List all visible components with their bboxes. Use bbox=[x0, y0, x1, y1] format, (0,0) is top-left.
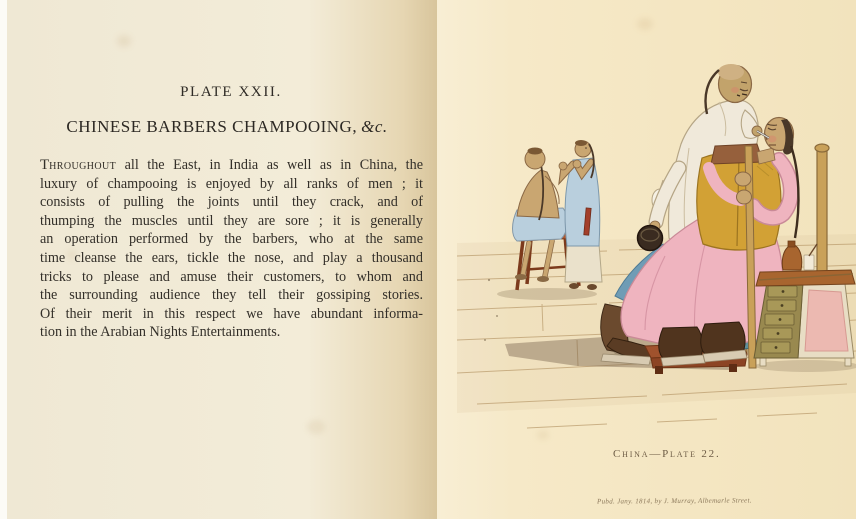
plate-title-etc: &c. bbox=[357, 117, 388, 136]
lead-smallcaps: hroughout bbox=[49, 157, 116, 173]
plate-illustration bbox=[457, 48, 856, 443]
lead-capital: T bbox=[40, 157, 49, 173]
paragraph-line: luxury of champooing is enjoyed by all r… bbox=[40, 175, 423, 194]
plate-title-text: CHINESE BARBERS CHAMPOOING, bbox=[66, 117, 357, 136]
plate-paragraph: Throughout all the East, in India as wel… bbox=[40, 156, 423, 342]
paragraph-line: the surrounding audience they tell their… bbox=[40, 286, 423, 305]
publisher-imprint: Pubd. Jany. 1814, by J. Murray, Albemarl… bbox=[597, 496, 752, 505]
foxing-spot bbox=[307, 420, 325, 434]
paragraph-line-text: all the East, in India as well as in Chi… bbox=[116, 157, 423, 173]
paragraph-line: thumping the muscles until they are sore… bbox=[40, 212, 423, 231]
plate-heading: PLATE XXII. bbox=[40, 84, 422, 101]
paragraph-line: tion in the Arabian Nights Entertainment… bbox=[40, 323, 423, 342]
paragraph-line: consists of pulling the joints until the… bbox=[40, 193, 423, 212]
paragraph-line: time cleanse the ears, tickle the nose, … bbox=[40, 249, 423, 268]
paragraph-line: tricks to please and amuse their custome… bbox=[40, 268, 423, 287]
paragraph-line: Of their merit in this respect we have a… bbox=[40, 305, 423, 324]
book-spread: PLATE XXII. CHINESE BARBERS CHAMPOOING,&… bbox=[0, 0, 856, 519]
paragraph-line: Throughout all the East, in India as wel… bbox=[40, 156, 423, 175]
left-page: PLATE XXII. CHINESE BARBERS CHAMPOOING,&… bbox=[7, 0, 437, 519]
foxing-spot bbox=[117, 35, 131, 47]
plate-caption: China—Plate 22. bbox=[613, 448, 721, 460]
foxing-spot bbox=[637, 18, 653, 30]
plate-title: CHINESE BARBERS CHAMPOOING,&c. bbox=[25, 117, 429, 137]
paragraph-line: an operation performed by the barbers, w… bbox=[40, 230, 423, 249]
right-page: China—Plate 22. Pubd. Jany. 1814, by J. … bbox=[437, 0, 856, 519]
page-edge bbox=[0, 0, 7, 519]
